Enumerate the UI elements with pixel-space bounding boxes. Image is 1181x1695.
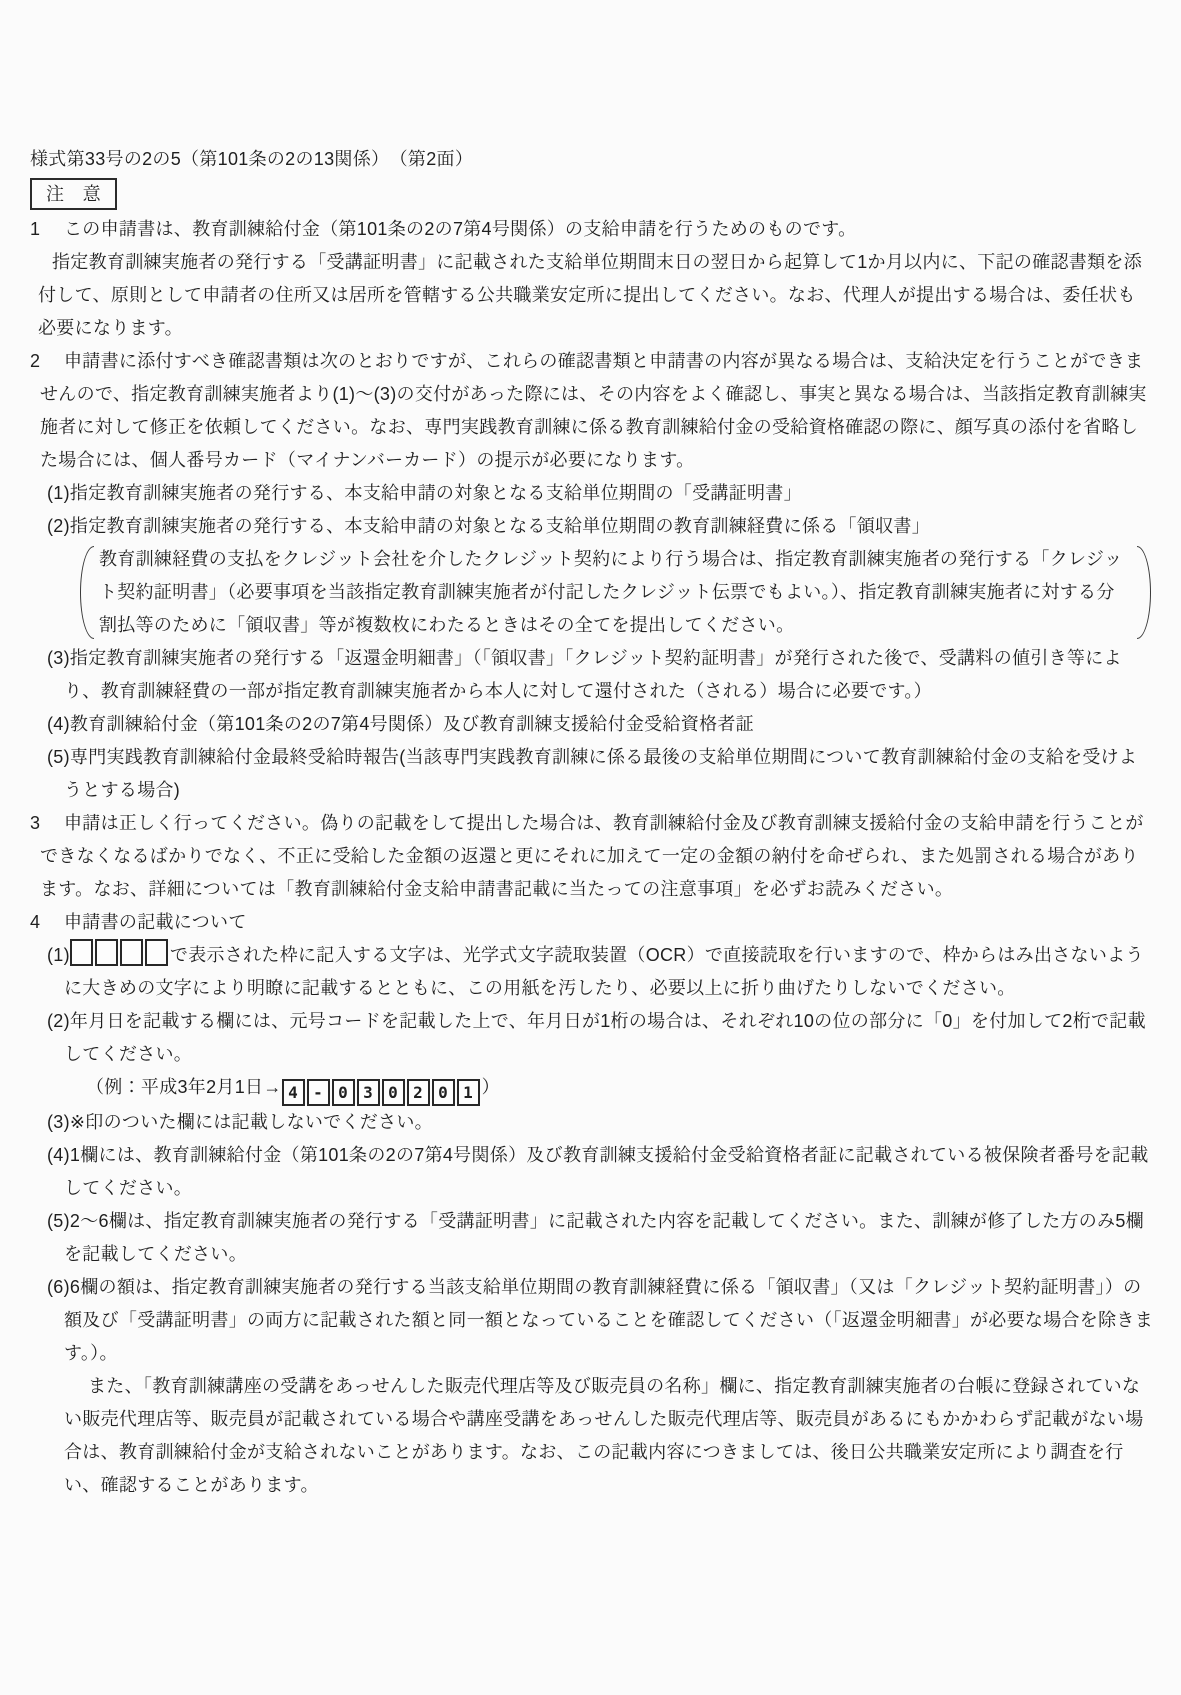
item-label: (5) (47, 747, 70, 767)
example-prefix: （例：平成3年2月1日→ (86, 1077, 282, 1097)
item-label: (6) (47, 1277, 70, 1297)
section-3-number: 3 (30, 807, 64, 840)
section-2-item-4: (4)教育訓練給付金（第101条の2の7第4号関係）及び教育訓練支援給付金受給資… (30, 708, 1153, 741)
ocr-digit-box: 3 (357, 1079, 380, 1106)
item-label: (1) (47, 483, 70, 503)
section-1-number: 1 (30, 213, 64, 246)
section-4-item-2: (2)年月日を記載する欄には、元号コードを記載した上で、年月日が1桁の場合は、そ… (30, 1005, 1153, 1071)
section-3-lead: 3申請は正しく行ってください。偽りの記載をして提出した場合は、教育訓練給付金及び… (30, 807, 1153, 906)
section-4: 4申請書の記載について (1)で表示された枠に記入する文字は、光学式文字読取装置… (30, 906, 1153, 1502)
credit-note-text: 教育訓練経費の支払をクレジット会社を介したクレジット契約により行う場合は、指定教… (99, 543, 1132, 642)
section-4-item-1: (1)で表示された枠に記入する文字は、光学式文字読取装置（OCR）で直接読取を行… (30, 939, 1153, 1005)
item-label: (3) (47, 648, 70, 668)
item-text: 指定教育訓練実施者の発行する、本支給申請の対象となる支給単位期間の教育訓練経費に… (70, 516, 930, 536)
example-suffix: ） (482, 1077, 500, 1097)
item-label: (2) (47, 1011, 70, 1031)
section-1: 1この申請書は、教育訓練給付金（第101条の2の7第4号関係）の支給申請を行うた… (30, 213, 1153, 345)
section-3: 3申請は正しく行ってください。偽りの記載をして提出した場合は、教育訓練給付金及び… (30, 807, 1153, 906)
item-label: (1) (47, 945, 70, 965)
item-text: で表示された枠に記入する文字は、光学式文字読取装置（OCR）で直接読取を行います… (64, 945, 1144, 998)
section-4-item-5: (5)2～6欄は、指定教育訓練実施者の発行する「受講証明書」に記載された内容を記… (30, 1205, 1153, 1271)
item-text: 6欄の額は、指定教育訓練実施者の発行する当該支給単位期間の教育訓練経費に係る「領… (64, 1277, 1153, 1363)
section-3-lead-text: 申請は正しく行ってください。偽りの記載をして提出した場合は、教育訓練給付金及び教… (40, 813, 1144, 899)
item-label: (4) (47, 1145, 70, 1165)
ocr-digit-box: 0 (332, 1079, 355, 1106)
section-4-item-3: (3)※印のついた欄には記載しないでください。 (30, 1106, 1153, 1139)
right-paren-shape (1137, 546, 1151, 639)
item-label: (5) (47, 1211, 70, 1231)
ocr-empty-box (145, 939, 168, 966)
caution-box: 注 意 (30, 178, 117, 210)
section-2-item-2: (2)指定教育訓練実施者の発行する、本支給申請の対象となる支給単位期間の教育訓練… (30, 510, 1153, 543)
caution-label: 注 意 (46, 184, 101, 204)
ocr-digit-box: 1 (457, 1079, 480, 1106)
item-label: (3) (47, 1112, 70, 1132)
item-text: ※印のついた欄には記載しないでください。 (70, 1112, 433, 1132)
notice-page: 様式第33号の2の5（第101条の2の13関係） （第2面） 注 意 1この申請… (0, 0, 1181, 1695)
section-4-lead-text: 申請書の記載について (64, 912, 247, 932)
section-2-lead: 2申請書に添付すべき確認書類は次のとおりですが、これらの確認書類と申請書の内容が… (30, 345, 1153, 477)
section-4-number: 4 (30, 906, 64, 939)
section-1-lead-text: この申請書は、教育訓練給付金（第101条の2の7第4号関係）の支給申請を行うため… (64, 219, 856, 239)
ocr-digit-box: 4 (282, 1079, 305, 1106)
section-4-item-6: (6)6欄の額は、指定教育訓練実施者の発行する当該支給単位期間の教育訓練経費に係… (30, 1271, 1153, 1370)
ocr-empty-box (95, 939, 118, 966)
form-number: 様式第33号の2の5（第101条の2の13関係） （第2面） (30, 143, 1153, 176)
section-4-lead: 4申請書の記載について (30, 906, 1153, 939)
section-2-lead-text: 申請書に添付すべき確認書類は次のとおりですが、これらの確認書類と申請書の内容が異… (40, 351, 1147, 470)
ocr-digit-box: 0 (432, 1079, 455, 1106)
ocr-empty-box (120, 939, 143, 966)
date-example-line: （例：平成3年2月1日→4-030201） (30, 1071, 1153, 1106)
ocr-digit-box: 0 (382, 1079, 405, 1106)
item-text: 1欄には、教育訓練給付金（第101条の2の7第4号関係）及び教育訓練支援給付金受… (64, 1145, 1149, 1198)
item-text: 教育訓練給付金（第101条の2の7第4号関係）及び教育訓練支援給付金受給資格者証 (70, 714, 754, 734)
item-label: (4) (47, 714, 70, 734)
section-1-lead: 1この申請書は、教育訓練給付金（第101条の2の7第4号関係）の支給申請を行うた… (30, 213, 1153, 246)
section-4-item-4: (4)1欄には、教育訓練給付金（第101条の2の7第4号関係）及び教育訓練支援給… (30, 1139, 1153, 1205)
left-paren-shape (80, 546, 94, 639)
section-1-body: 指定教育訓練実施者の発行する「受講証明書」に記載された支給単位期間末日の翌日から… (30, 246, 1153, 345)
section-2-item-3: (3)指定教育訓練実施者の発行する「返還金明細書」（「領収書」「クレジット契約証… (30, 642, 1153, 708)
section-2: 2申請書に添付すべき確認書類は次のとおりですが、これらの確認書類と申請書の内容が… (30, 345, 1153, 807)
item-text: 2～6欄は、指定教育訓練実施者の発行する「受講証明書」に記載された内容を記載して… (64, 1211, 1144, 1264)
item-label: (2) (47, 516, 70, 536)
ocr-digit-box: 2 (407, 1079, 430, 1106)
section-2-item-1: (1)指定教育訓練実施者の発行する、本支給申請の対象となる支給単位期間の「受講証… (30, 477, 1153, 510)
ocr-empty-box (70, 939, 93, 966)
ocr-digit-box: - (307, 1079, 330, 1106)
item-text: 専門実践教育訓練給付金最終受給時報告(当該専門実践教育訓練に係る最後の支給単位期… (64, 747, 1137, 800)
item-text: 指定教育訓練実施者の発行する、本支給申請の対象となる支給単位期間の「受講証明書」 (70, 483, 802, 503)
item-text: 年月日を記載する欄には、元号コードを記載した上で、年月日が1桁の場合は、それぞれ… (64, 1011, 1146, 1064)
item-text: 指定教育訓練実施者の発行する「返還金明細書」（「領収書」「クレジット契約証明書」… (64, 648, 1122, 701)
section-2-number: 2 (30, 345, 64, 378)
credit-note-bracket: 教育訓練経費の支払をクレジット会社を介したクレジット契約により行う場合は、指定教… (80, 543, 1151, 642)
section-4-item-6-paragraph-2: また、「教育訓練講座の受講をあっせんした販売代理店等及び販売員の名称」欄に、指定… (30, 1370, 1153, 1502)
section-2-item-5: (5)専門実践教育訓練給付金最終受給時報告(当該専門実践教育訓練に係る最後の支給… (30, 741, 1153, 807)
